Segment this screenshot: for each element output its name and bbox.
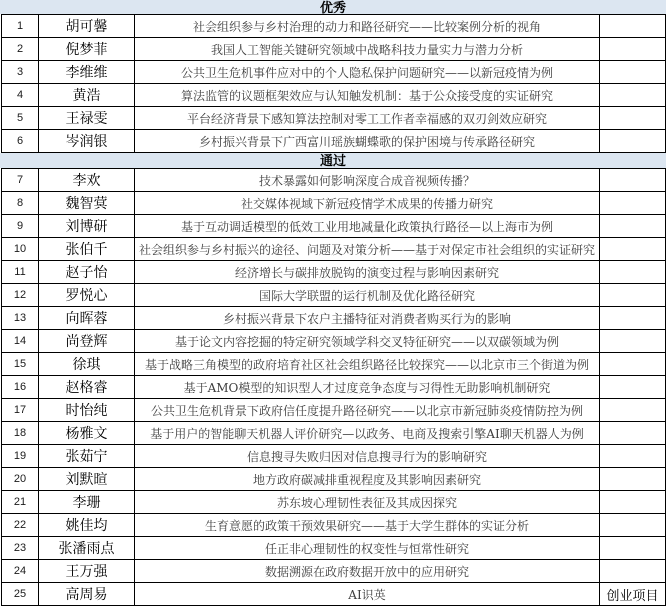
row-number: 18 [2,422,39,445]
project-title: 我国人工智能关键研究领域中战略科技力量实力与潜力分析 [135,38,600,61]
table-row: 1 胡可馨 社会组织参与乡村治理的动力和路径研究——比较案例分析的视角 [2,15,666,38]
table-row: 20 刘默暄 地方政府碳减排重视程度及其影响因素研究 [2,468,666,491]
note-cell [600,15,666,38]
project-title: 基于AMO模型的知识型人才过度竞争态度与习得性无助影响机制研究 [135,376,600,399]
table-row: 13 向晖蓉 乡村振兴背景下农户主播特征对消费者购买行为的影响 [2,307,666,330]
student-name: 刘博研 [39,215,135,238]
note-cell [600,376,666,399]
table-row: 25 高周易 AI识英 创业项目 [2,583,666,606]
table-row: 11 赵子怡 经济增长与碳排放脱钩的演变过程与影响因素研究 [2,261,666,284]
project-title: 地方政府碳减排重视程度及其影响因素研究 [135,468,600,491]
note-cell [600,84,666,107]
student-name: 尚登辉 [39,330,135,353]
project-title: 社会组织参与乡村振兴的途径、问题及对策分析——基于对保定市社会组织的实证研究 [135,238,600,261]
row-number: 23 [2,537,39,560]
project-title: 基于论文内容挖掘的特定研究领域学科交叉特征研究——以双碳领域为例 [135,330,600,353]
project-title: 任正非心理韧性的权变性与恒常性研究 [135,537,600,560]
project-title: 平台经济背景下感知算法控制对零工工作者幸福感的双刃剑效应研究 [135,107,600,130]
student-name: 姚佳均 [39,514,135,537]
table-row: 19 张茹宁 信息搜寻失败归因对信息搜寻行为的影响研究 [2,445,666,468]
row-number: 11 [2,261,39,284]
row-number: 13 [2,307,39,330]
note-cell [600,192,666,215]
row-number: 3 [2,61,39,84]
table-row: 18 杨雅文 基于用户的智能聊天机器人评价研究—以政务、电商及搜索引擎AI聊天机… [2,422,666,445]
project-title: 社会组织参与乡村治理的动力和路径研究——比较案例分析的视角 [135,15,600,38]
row-number: 7 [2,169,39,192]
row-number: 20 [2,468,39,491]
project-title: 苏东坡心理韧性表征及其成因探究 [135,491,600,514]
project-title: 数据溯源在政府数据开放中的应用研究 [135,560,600,583]
row-number: 24 [2,560,39,583]
table-row: 21 李珊 苏东坡心理韧性表征及其成因探究 [2,491,666,514]
student-name: 赵子怡 [39,261,135,284]
row-number: 8 [2,192,39,215]
row-number: 1 [2,15,39,38]
note-cell [600,422,666,445]
student-name: 赵格睿 [39,376,135,399]
project-title: 公共卫生危机背景下政府信任度提升路径研究——以北京市新冠肺炎疫情防控为例 [135,399,600,422]
note-cell [600,215,666,238]
row-number: 9 [2,215,39,238]
student-name: 时怡纯 [39,399,135,422]
row-number: 6 [2,130,39,153]
row-number: 22 [2,514,39,537]
note-cell [600,169,666,192]
table-row: 6 岑润银 乡村振兴背景下广西富川瑶族蝴蝶歌的保护困境与传承路径研究 [2,130,666,153]
pass-section-table: 7 李欢 技术暴露如何影响深度合成音视频传播？ 8 魏智蓂 社交媒体视域下新冠疫… [1,168,666,606]
table-row: 4 黄浩 算法监管的议题框架效应与认知触发机制：基于公众接受度的实证研究 [2,84,666,107]
note-cell [600,130,666,153]
row-number: 16 [2,376,39,399]
row-number: 17 [2,399,39,422]
student-name: 张茹宁 [39,445,135,468]
excellent-section-table: 1 胡可馨 社会组织参与乡村治理的动力和路径研究——比较案例分析的视角 2 倪梦… [1,14,666,153]
row-number: 5 [2,107,39,130]
student-name: 黄浩 [39,84,135,107]
table-row: 24 王万强 数据溯源在政府数据开放中的应用研究 [2,560,666,583]
note-cell [600,38,666,61]
table-row: 3 李维维 公共卫生危机事件应对中的个人隐私保护问题研究——以新冠疫情为例 [2,61,666,84]
table-row: 16 赵格睿 基于AMO模型的知识型人才过度竞争态度与习得性无助影响机制研究 [2,376,666,399]
note-cell [600,330,666,353]
row-number: 15 [2,353,39,376]
row-number: 2 [2,38,39,61]
student-name: 张伯千 [39,238,135,261]
results-table: 优秀 1 胡可馨 社会组织参与乡村治理的动力和路径研究——比较案例分析的视角 2… [0,0,666,607]
table-row: 15 徐琪 基于战略三角模型的政府培育社区社会组织路径比较探究——以北京市三个街… [2,353,666,376]
table-row: 2 倪梦菲 我国人工智能关键研究领域中战略科技力量实力与潜力分析 [2,38,666,61]
project-title: 经济增长与碳排放脱钩的演变过程与影响因素研究 [135,261,600,284]
section-header-pass: 通过 [0,153,666,168]
student-name: 徐琪 [39,353,135,376]
row-number: 21 [2,491,39,514]
note-cell [600,261,666,284]
note-cell [600,491,666,514]
table-row: 10 张伯千 社会组织参与乡村振兴的途径、问题及对策分析——基于对保定市社会组织… [2,238,666,261]
note-cell [600,353,666,376]
project-title: 国际大学联盟的运行机制及优化路径研究 [135,284,600,307]
table-row: 14 尚登辉 基于论文内容挖掘的特定研究领域学科交叉特征研究——以双碳领域为例 [2,330,666,353]
student-name: 倪梦菲 [39,38,135,61]
student-name: 岑润银 [39,130,135,153]
student-name: 胡可馨 [39,15,135,38]
student-name: 向晖蓉 [39,307,135,330]
note-cell [600,537,666,560]
table-row: 22 姚佳均 生育意愿的政策干预效果研究——基于大学生群体的实证分析 [2,514,666,537]
student-name: 杨雅文 [39,422,135,445]
note-cell [600,61,666,84]
student-name: 王禄雯 [39,107,135,130]
project-title: 乡村振兴背景下农户主播特征对消费者购买行为的影响 [135,307,600,330]
project-title: 生育意愿的政策干预效果研究——基于大学生群体的实证分析 [135,514,600,537]
student-name: 李珊 [39,491,135,514]
note-cell [600,399,666,422]
project-title: 技术暴露如何影响深度合成音视频传播？ [135,169,600,192]
note-cell [600,284,666,307]
project-title: 基于战略三角模型的政府培育社区社会组织路径比较探究——以北京市三个街道为例 [135,353,600,376]
student-name: 高周易 [39,583,135,606]
note-cell: 创业项目 [600,583,666,606]
project-title: 基于互动调适模型的低效工业用地减量化政策执行路径—以上海市为例 [135,215,600,238]
note-cell [600,107,666,130]
row-number: 14 [2,330,39,353]
row-number: 4 [2,84,39,107]
project-title: 乡村振兴背景下广西富川瑶族蝴蝶歌的保护困境与传承路径研究 [135,130,600,153]
section-header-excellent: 优秀 [0,0,666,14]
table-row: 12 罗悦心 国际大学联盟的运行机制及优化路径研究 [2,284,666,307]
note-cell [600,514,666,537]
project-title: 基于用户的智能聊天机器人评价研究—以政务、电商及搜索引擎AI聊天机器人为例 [135,422,600,445]
row-number: 10 [2,238,39,261]
table-row: 23 张潘雨点 任正非心理韧性的权变性与恒常性研究 [2,537,666,560]
student-name: 刘默暄 [39,468,135,491]
note-cell [600,468,666,491]
student-name: 魏智蓂 [39,192,135,215]
project-title: 信息搜寻失败归因对信息搜寻行为的影响研究 [135,445,600,468]
table-row: 5 王禄雯 平台经济背景下感知算法控制对零工工作者幸福感的双刃剑效应研究 [2,107,666,130]
table-row: 8 魏智蓂 社交媒体视域下新冠疫情学术成果的传播力研究 [2,192,666,215]
student-name: 王万强 [39,560,135,583]
note-cell [600,238,666,261]
row-number: 12 [2,284,39,307]
note-cell [600,307,666,330]
table-row: 9 刘博研 基于互动调适模型的低效工业用地减量化政策执行路径—以上海市为例 [2,215,666,238]
project-title: 公共卫生危机事件应对中的个人隐私保护问题研究——以新冠疫情为例 [135,61,600,84]
project-title: 算法监管的议题框架效应与认知触发机制：基于公众接受度的实证研究 [135,84,600,107]
note-cell [600,445,666,468]
student-name: 李维维 [39,61,135,84]
student-name: 罗悦心 [39,284,135,307]
project-title: 社交媒体视域下新冠疫情学术成果的传播力研究 [135,192,600,215]
student-name: 李欢 [39,169,135,192]
table-row: 17 时怡纯 公共卫生危机背景下政府信任度提升路径研究——以北京市新冠肺炎疫情防… [2,399,666,422]
project-title: AI识英 [135,583,600,606]
table-row: 7 李欢 技术暴露如何影响深度合成音视频传播？ [2,169,666,192]
student-name: 张潘雨点 [39,537,135,560]
row-number: 25 [2,583,39,606]
note-cell [600,560,666,583]
row-number: 19 [2,445,39,468]
